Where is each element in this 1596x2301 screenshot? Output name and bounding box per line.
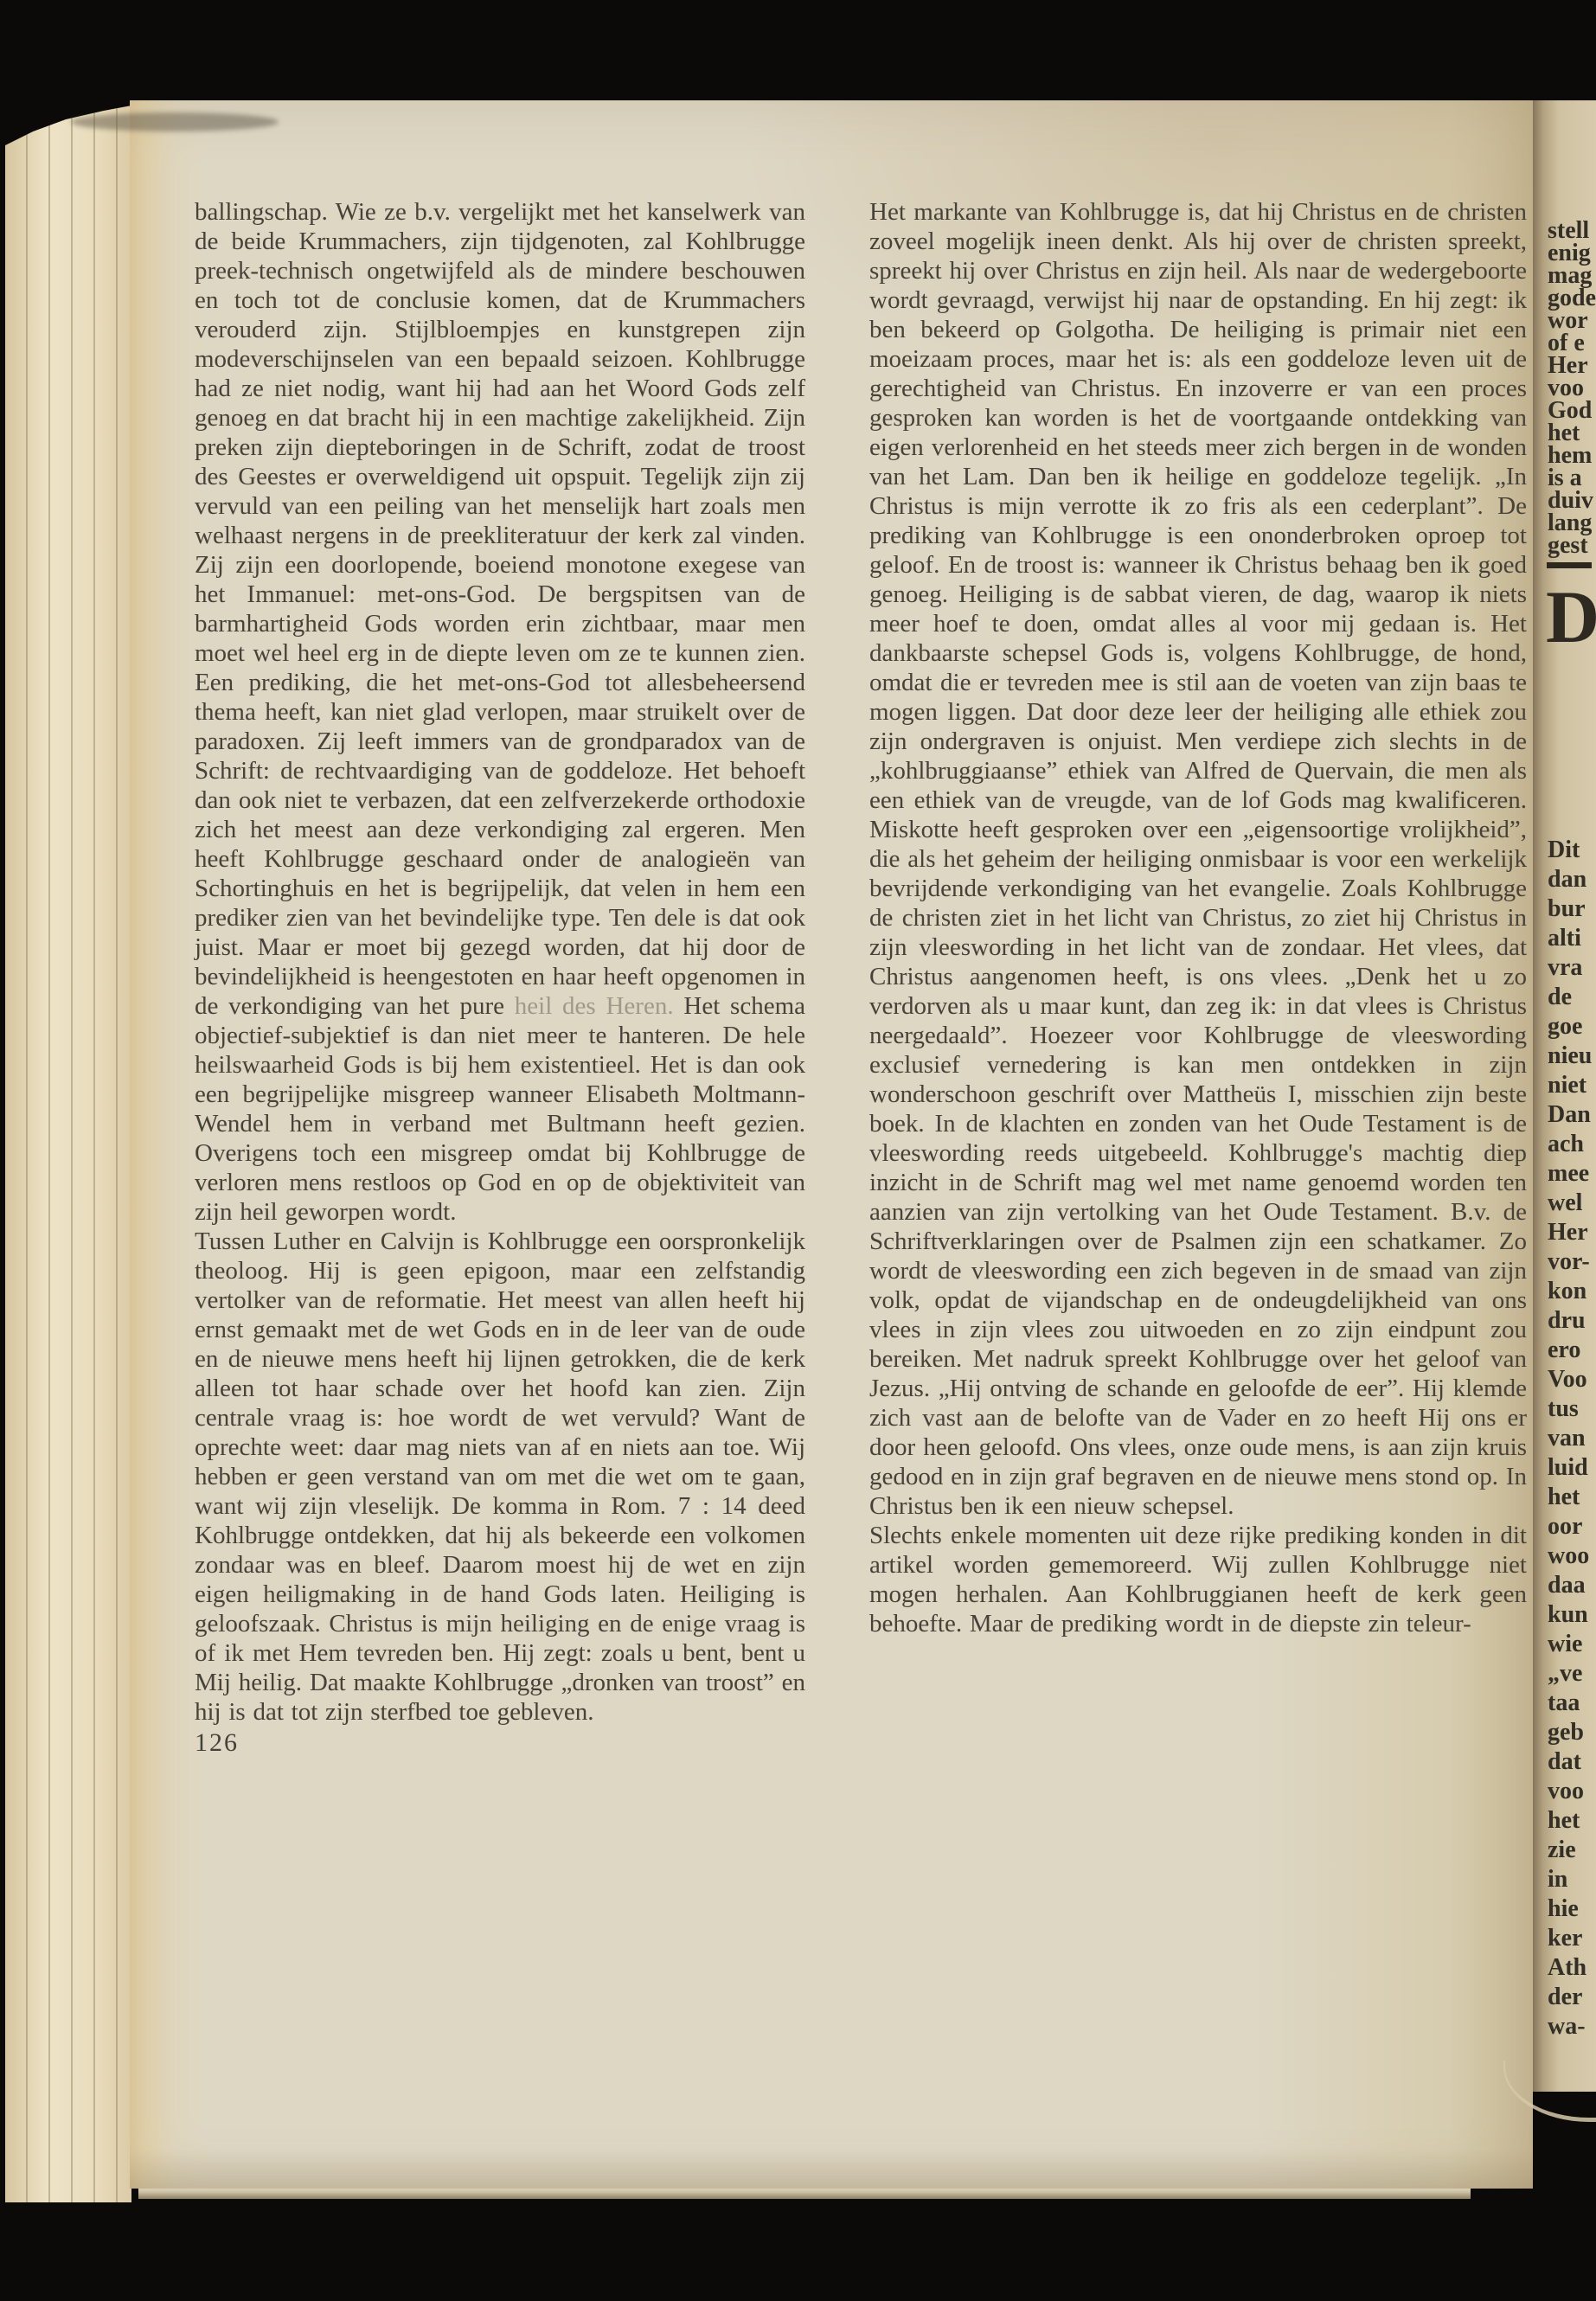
paragraph-text: Het schema objectief-subjektief is dan n…	[195, 992, 805, 1226]
fragment-line: kon	[1548, 1277, 1596, 1306]
fragment-line: gest	[1548, 535, 1596, 557]
paragraph: Tussen Luther en Calvijn is Kohlbrugge e…	[195, 1227, 805, 1727]
next-page-edge: stellenigmaggodeworof eHervooGodhethemis…	[1533, 100, 1596, 2092]
next-page-heading: De	[1546, 578, 1596, 656]
fragment-line: taa	[1548, 1689, 1596, 1718]
fragment-line: Ath	[1548, 1953, 1596, 1983]
fragment-line: Her	[1548, 1218, 1596, 1247]
fragment-line: de	[1548, 983, 1596, 1012]
fragment-line: mee	[1548, 1159, 1596, 1189]
paragraph-text: ballingschap. Wie ze b.v. vergelijkt met…	[195, 198, 805, 1020]
fragment-line: dat	[1548, 1747, 1596, 1777]
fragment-line: wie	[1548, 1630, 1596, 1659]
text-column-left: ballingschap. Wie ze b.v. vergelijkt met…	[195, 197, 805, 1758]
fragment-line: ker	[1548, 1924, 1596, 1953]
fragment-line: wa-	[1548, 2012, 1596, 2041]
fragment-line: het	[1548, 1806, 1596, 1836]
fragment-line: hie	[1548, 1894, 1596, 1924]
page-bottom-edge	[138, 2189, 1471, 2199]
fragment-line: voo	[1548, 1777, 1596, 1806]
paragraph: Slechts enkele momenten uit deze rijke p…	[869, 1521, 1527, 1638]
fragment-line: woo	[1548, 1541, 1596, 1571]
fragment-line: tus	[1548, 1394, 1596, 1424]
fragment-line: geb	[1548, 1718, 1596, 1747]
fragment-line: in	[1548, 1865, 1596, 1894]
page-stack-smudge	[71, 112, 279, 131]
fragment-line: goe	[1548, 1012, 1596, 1042]
fragment-line: nieu	[1548, 1042, 1596, 1071]
book-page: ballingschap. Wie ze b.v. vergelijkt met…	[130, 100, 1533, 2189]
fragment-line: kun	[1548, 1600, 1596, 1630]
faded-print-text: heil des Heren.	[515, 992, 674, 1020]
fragment-line: dan	[1548, 865, 1596, 894]
fragment-line: daa	[1548, 1571, 1596, 1600]
fragment-line: Dit	[1548, 836, 1596, 865]
paragraph: Het markante van Kohlbrugge is, dat hij …	[869, 197, 1527, 1521]
fragment-line: niet	[1548, 1071, 1596, 1100]
fragment-line: luid	[1548, 1453, 1596, 1483]
next-page-divider-rule	[1547, 562, 1592, 568]
text-column-right: Het markante van Kohlbrugge is, dat hij …	[869, 197, 1527, 1638]
page-number: 126	[195, 1728, 805, 1758]
fragment-line: dru	[1548, 1306, 1596, 1336]
fragment-line: zie	[1548, 1836, 1596, 1865]
next-page-fragments-body: DitdanburaltivradegoenieunietDanachmeewe…	[1548, 836, 1596, 2041]
fragment-line: vor-	[1548, 1247, 1596, 1277]
fragment-line: der	[1548, 1983, 1596, 2012]
fragment-line: oor	[1548, 1512, 1596, 1541]
next-page-fragments-top: stellenigmaggodeworof eHervooGodhethemis…	[1548, 220, 1596, 557]
fragment-line: „ve	[1548, 1659, 1596, 1689]
fragment-line: van	[1548, 1424, 1596, 1453]
page-stack-edges	[5, 106, 131, 2202]
fragment-line: Dan	[1548, 1100, 1596, 1130]
fragment-line: Voo	[1548, 1365, 1596, 1394]
paragraph: ballingschap. Wie ze b.v. vergelijkt met…	[195, 197, 805, 1227]
fragment-line: ach	[1548, 1130, 1596, 1159]
fragment-line: vra	[1548, 953, 1596, 983]
fragment-line: wel	[1548, 1189, 1596, 1218]
fragment-line: bur	[1548, 894, 1596, 924]
fragment-line: ero	[1548, 1336, 1596, 1365]
fragment-line: alti	[1548, 924, 1596, 953]
fragment-line: het	[1548, 1483, 1596, 1512]
